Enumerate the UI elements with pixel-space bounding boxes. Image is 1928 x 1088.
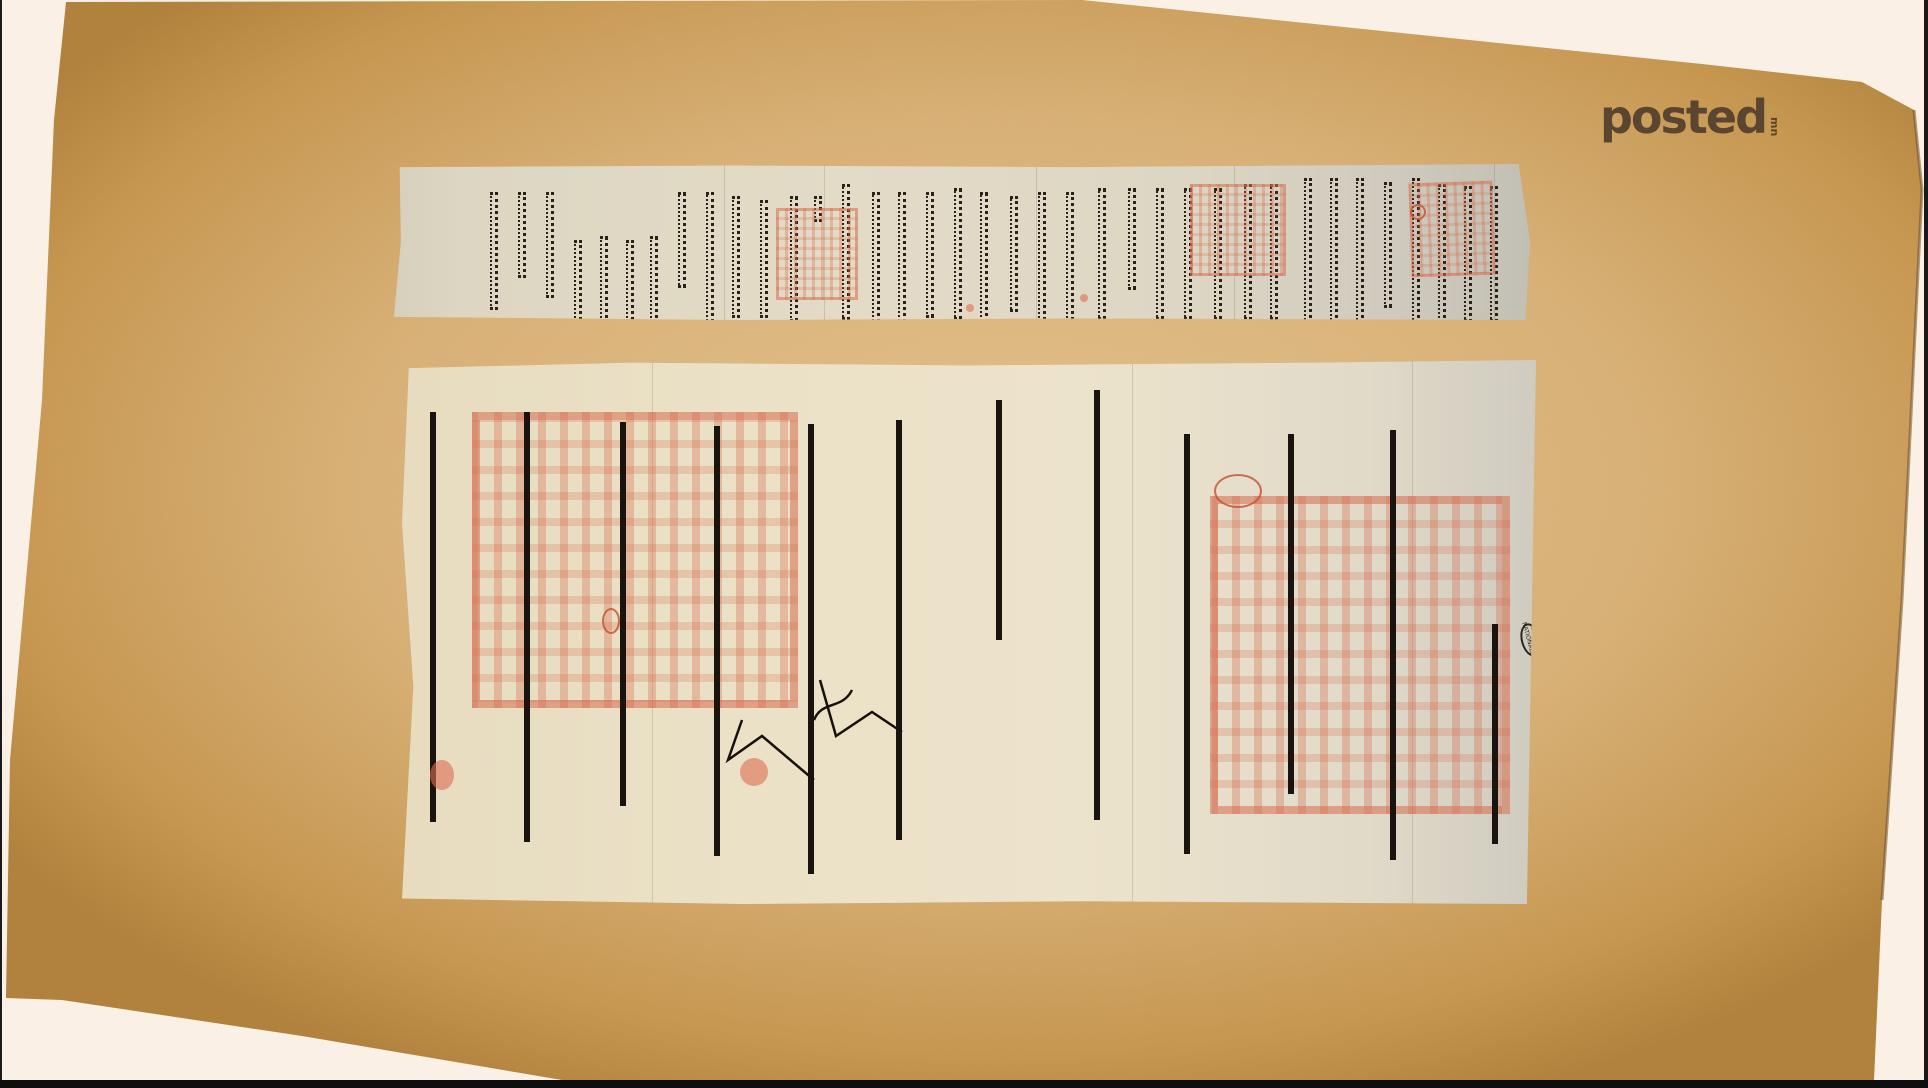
paper-fold-line bbox=[724, 164, 725, 320]
red-square-seal bbox=[776, 208, 858, 300]
red-ink-spot bbox=[430, 760, 454, 790]
script-column bbox=[678, 192, 686, 288]
image-frame: posted mn bbox=[2, 0, 1924, 1080]
script-column bbox=[1128, 188, 1136, 290]
script-column bbox=[518, 192, 526, 278]
script-column bbox=[626, 240, 634, 320]
paper-fold-line bbox=[1036, 164, 1037, 320]
script-column bbox=[1156, 188, 1164, 320]
window-bottom-edge bbox=[0, 1080, 1928, 1088]
red-ink-spot bbox=[740, 758, 768, 786]
script-column bbox=[732, 196, 740, 318]
red-ink-spot bbox=[1080, 294, 1088, 302]
red-square-seal bbox=[1190, 184, 1286, 276]
script-column bbox=[980, 192, 988, 320]
small-red-archive-stamp bbox=[1410, 204, 1426, 220]
red-ink-spot bbox=[966, 304, 974, 312]
script-column bbox=[490, 192, 498, 310]
historical-letter-strip bbox=[394, 164, 1530, 320]
script-column bbox=[926, 192, 934, 318]
script-column bbox=[954, 188, 962, 320]
logo-wordmark: posted bbox=[1600, 94, 1766, 140]
red-square-seal bbox=[1408, 181, 1495, 278]
small-red-round-stamp bbox=[1214, 474, 1262, 508]
script-column bbox=[1304, 178, 1312, 320]
script-column bbox=[1098, 188, 1106, 320]
script-column bbox=[872, 192, 880, 320]
script-column bbox=[1038, 192, 1046, 320]
script-column bbox=[1010, 196, 1018, 312]
script-column bbox=[1330, 178, 1338, 320]
posted-mn-logo[interactable]: posted mn bbox=[1600, 94, 1781, 140]
script-column bbox=[546, 192, 554, 298]
script-column bbox=[600, 236, 608, 320]
calligraphy-connector-strokes bbox=[402, 360, 1536, 904]
logo-domain-suffix: mn bbox=[1768, 117, 1781, 136]
script-column bbox=[898, 192, 906, 320]
script-column bbox=[574, 240, 582, 320]
script-column bbox=[1384, 182, 1392, 308]
script-column bbox=[650, 236, 658, 320]
small-red-oval-stamp bbox=[602, 608, 620, 634]
script-column bbox=[1066, 192, 1074, 320]
script-column bbox=[760, 200, 768, 318]
script-column bbox=[706, 192, 714, 320]
historical-letter-detail: ARCHIVES NATIONALES bbox=[402, 360, 1536, 904]
script-column bbox=[1356, 178, 1364, 320]
